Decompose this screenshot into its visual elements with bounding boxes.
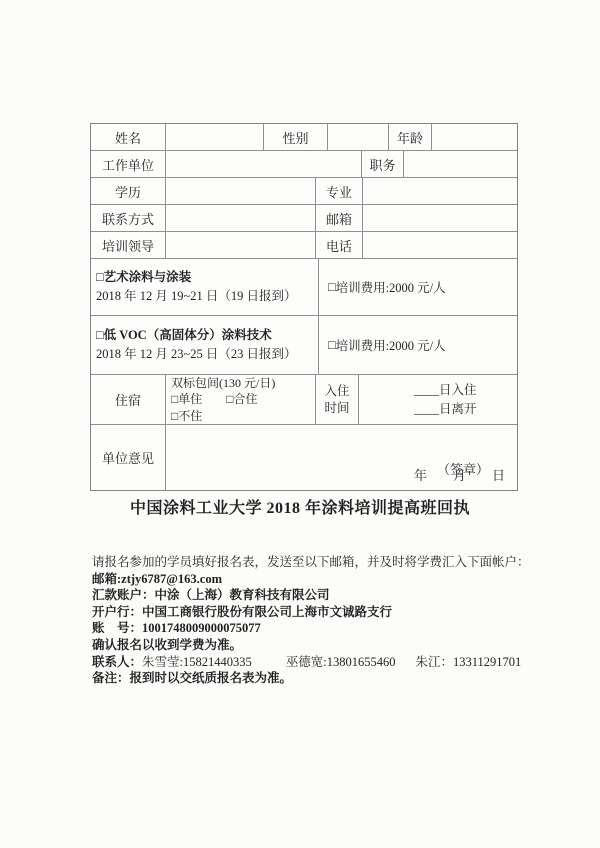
contact-2: 巫德宽:13801655460 [286, 655, 396, 669]
row-lodging: 住宿 双标包间(130 元/日) □单住□合住 □不住 入住 时间 ____日入… [91, 375, 517, 425]
course-2-title: 低 VOC（高固体分）涂料技术 [104, 328, 272, 342]
checkbox-icon: □ [328, 280, 336, 295]
position-label: 职务 [369, 155, 395, 174]
instruction-line: 请报名参加的学员填好报名表，发送至以下邮箱，并及时将学费汇入下面帐户： [92, 554, 532, 571]
email-label: 邮箱 [326, 209, 352, 228]
option-single: □单住 [171, 392, 202, 406]
email-input-cell [363, 205, 517, 231]
unit-label-cell: 工作单位 [91, 151, 166, 177]
course-1-description-cell: □艺术涂料与涂装 2018 年 12 月 19~21 日（19 日报到） [91, 259, 319, 315]
gender-label: 性别 [282, 128, 308, 147]
month-label: 月 [453, 468, 466, 483]
unit-input-cell [166, 151, 362, 177]
major-label: 专业 [326, 182, 352, 201]
document-title: 中国涂料工业大学 2018 年涂料培训提高班回执 [0, 495, 600, 518]
phone-label-cell: 电话 [316, 232, 363, 258]
option-share: □合住 [226, 392, 257, 406]
course-1-fee-cell: □培训费用:2000 元/人 [319, 259, 517, 315]
checkin-time-input-cell: ____日入住 ____日离开 [359, 375, 517, 424]
education-label: 学历 [115, 182, 141, 201]
course-2-fee-cell: □培训费用:2000 元/人 [319, 316, 517, 374]
scanned-page: 姓名 性别 年龄 工作单位 职务 学历 专业 联系方式 邮箱 [0, 0, 600, 848]
education-input-cell [166, 178, 316, 204]
contact-label-cell: 联系方式 [91, 205, 166, 231]
contact-input-cell [166, 205, 316, 231]
option-share-label: 合住 [234, 392, 258, 406]
row-education-major: 学历 专业 [91, 178, 517, 205]
checkout-line: ____日离开 [414, 400, 477, 419]
lodging-label: 住宿 [115, 390, 141, 409]
checkin-time-label-line1: 入住 [324, 383, 349, 400]
unit-opinion-label: 单位意见 [102, 448, 154, 467]
remit-account-line: 汇款账户：中涂（上海）教育科技有限公司 [92, 587, 532, 604]
major-input-cell [363, 178, 517, 204]
gender-input-cell [328, 124, 389, 150]
row-unit-position: 工作单位 职务 [91, 151, 517, 178]
age-label-cell: 年龄 [389, 124, 432, 150]
row-name-gender-age: 姓名 性别 年龄 [91, 124, 517, 151]
account-number-line: 账 号：1001748009000075077 [92, 620, 532, 637]
position-input-cell [404, 151, 517, 177]
checkbox-icon: □ [226, 392, 233, 406]
checkbox-icon: □ [96, 328, 104, 342]
leader-label: 培训领导 [102, 236, 154, 255]
date-line: 年月日 [388, 465, 505, 484]
name-label: 姓名 [115, 128, 141, 147]
contact-label: 联系方式 [102, 209, 154, 228]
row-unit-opinion: 单位意见 （签章） 年月日 [91, 425, 517, 490]
course-2-date: 2018 年 12 月 23~25 日（23 日报到） [96, 345, 297, 364]
contact-1: 朱雪莹:15821440335 [142, 655, 252, 669]
lodging-label-cell: 住宿 [91, 375, 166, 424]
course-2-description-cell: □低 VOC（高固体分）涂料技术 2018 年 12 月 23~25 日（23 … [91, 316, 319, 374]
major-label-cell: 专业 [316, 178, 363, 204]
bank-line: 开户行：中国工商银行股份有限公司上海市文诚路支行 [92, 604, 532, 621]
contact-3: 朱江：13311291701 [415, 655, 521, 669]
leader-input-cell [166, 232, 316, 258]
course-1-date: 2018 年 12 月 19~21 日（19 日报到） [96, 287, 297, 306]
phone-label: 电话 [326, 236, 352, 255]
course-2-title-line: □低 VOC（高固体分）涂料技术 [96, 326, 272, 345]
lodging-options-cell: 双标包间(130 元/日) □单住□合住 □不住 [166, 375, 316, 424]
course-2-fee: 培训费用:2000 元/人 [336, 336, 446, 354]
course-1-title: 艺术涂料与涂装 [104, 270, 192, 284]
row-leader-phone: 培训领导 电话 [91, 232, 517, 259]
room-type: 双标包间(130 元/日) [171, 375, 275, 391]
contacts-line: 联系人：朱雪莹:15821440335巫德宽:13801655460朱江：133… [92, 654, 532, 671]
name-input-cell [166, 124, 264, 150]
education-label-cell: 学历 [91, 178, 166, 204]
confirmation-line: 确认报名以收到学费为准。 [92, 637, 532, 654]
email-line: 邮箱:ztjy6787@163.com [92, 571, 532, 588]
unit-opinion-content-cell: （签章） 年月日 [166, 425, 517, 490]
registration-form-table: 姓名 性别 年龄 工作单位 职务 学历 专业 联系方式 邮箱 [90, 123, 518, 491]
footer-instructions: 请报名参加的学员填好报名表，发送至以下邮箱，并及时将学费汇入下面帐户： 邮箱:z… [92, 554, 532, 687]
gender-label-cell: 性别 [264, 124, 328, 150]
option-single-label: 单住 [178, 392, 202, 406]
row-course-2: □低 VOC（高固体分）涂料技术 2018 年 12 月 23~25 日（23 … [91, 316, 517, 375]
note-line: 备注：报到时以交纸质报名表为准。 [92, 670, 532, 687]
position-label-cell: 职务 [362, 151, 404, 177]
year-label: 年 [414, 468, 427, 483]
row-contact-email: 联系方式 邮箱 [91, 205, 517, 232]
leader-label-cell: 培训领导 [91, 232, 166, 258]
option-none: □不住 [171, 408, 202, 424]
course-1-title-line: □艺术涂料与涂装 [96, 268, 191, 287]
checkin-time-label-cell: 入住 时间 [316, 375, 359, 424]
row-course-1: □艺术涂料与涂装 2018 年 12 月 19~21 日（19 日报到） □培训… [91, 259, 517, 316]
lodging-option-line: □单住□合住 [171, 391, 258, 407]
option-none-label: 不住 [178, 409, 202, 423]
name-label-cell: 姓名 [91, 124, 166, 150]
day-label: 日 [492, 468, 505, 483]
course-1-fee: 培训费用:2000 元/人 [336, 278, 446, 296]
age-label: 年龄 [397, 128, 423, 147]
age-input-cell [432, 124, 517, 150]
phone-input-cell [363, 232, 517, 258]
checkbox-icon: □ [96, 270, 104, 284]
unit-label: 工作单位 [102, 155, 154, 174]
checkin-time-label-line2: 时间 [324, 400, 349, 417]
unit-opinion-label-cell: 单位意见 [91, 425, 166, 490]
contacts-label: 联系人： [92, 655, 142, 669]
checkin-line: ____日入住 [414, 381, 477, 400]
email-label-cell: 邮箱 [316, 205, 363, 231]
checkbox-icon: □ [328, 338, 336, 353]
